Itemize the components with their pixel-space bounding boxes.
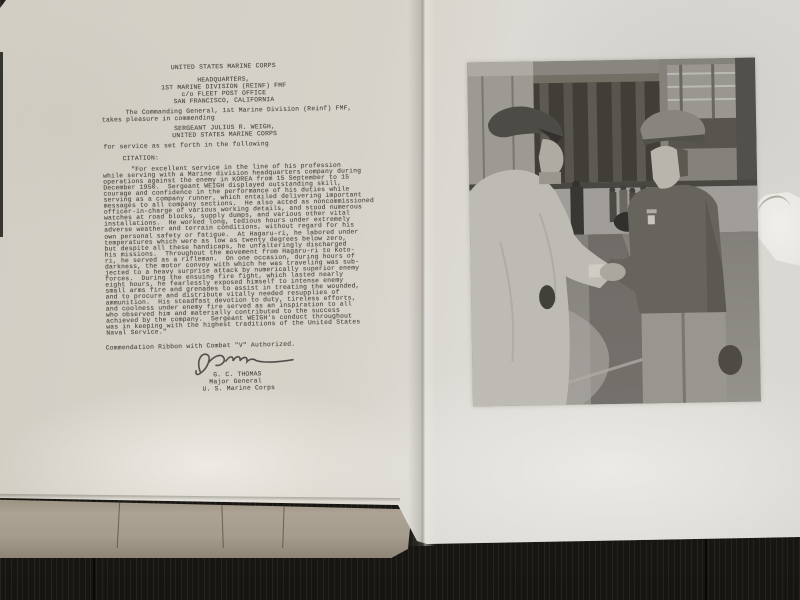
left-page-typed-text: UNITED STATES MARINE CORPS HEADQUARTERS,… [0, 0, 446, 525]
photograph-of-commendation-certificate: UNITED STATES MARINE CORPS HEADQUARTERS,… [0, 0, 800, 600]
service-line: for service as set forth in the followin… [103, 141, 269, 151]
citation-body: "For excellent service in the line of hi… [103, 162, 377, 337]
commendation-intro: takes pleasure in commending [102, 115, 215, 124]
award-ceremony-photo [467, 58, 761, 407]
citation-heading: CITATION: [123, 155, 159, 162]
letterhead-line: UNITED STATES MARINE CORPS [101, 62, 346, 74]
signatory-service: U. S. Marine Corps [202, 385, 275, 393]
